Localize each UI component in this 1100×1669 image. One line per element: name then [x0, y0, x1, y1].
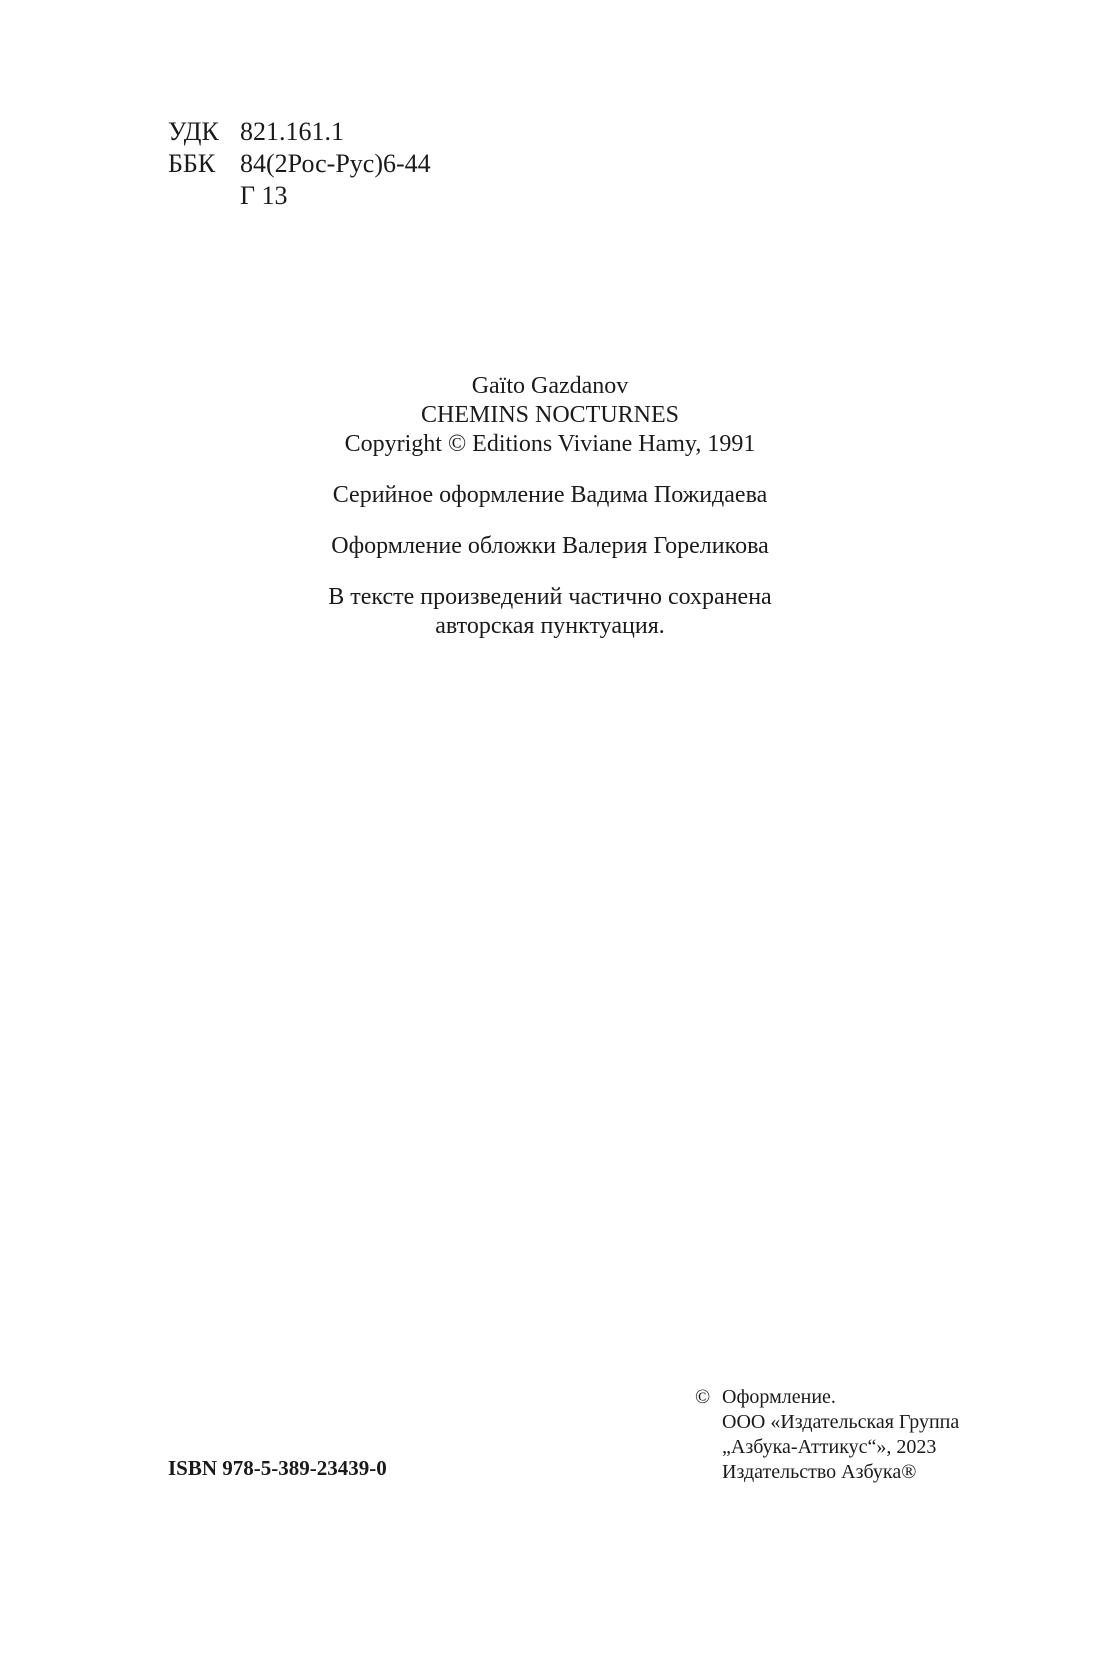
author-mark-row: Г 13 — [168, 180, 431, 212]
credits-block: Gaïto Gazdanov CHEMINS NOCTURNES Copyrig… — [0, 372, 1100, 663]
publisher-line-2: ООО «Издательская Группа — [722, 1410, 959, 1435]
udk-row: УДК 821.161.1 — [168, 116, 431, 148]
udk-label: УДК — [168, 116, 240, 148]
bbk-row: ББК 84(2Рос-Рус)6-44 — [168, 148, 431, 180]
series-design-text: Серийное оформление Вадима Пожидаева — [0, 481, 1100, 510]
publisher-line-1: Оформление. — [722, 1385, 959, 1410]
publisher-line-4: Издательство Азбука® — [722, 1460, 959, 1485]
isbn: ISBN 978-5-389-23439-0 — [168, 1455, 387, 1481]
bbk-label: ББК — [168, 148, 240, 180]
original-edition: Gaïto Gazdanov CHEMINS NOCTURNES Copyrig… — [0, 372, 1100, 459]
cover-design-credit: Оформление обложки Валерия Гореликова — [0, 532, 1100, 561]
original-title: CHEMINS NOCTURNES — [0, 401, 1100, 430]
udk-value: 821.161.1 — [240, 116, 344, 148]
cover-design-text: Оформление обложки Валерия Гореликова — [0, 532, 1100, 561]
copyright-icon: © — [695, 1385, 722, 1485]
series-design-credit: Серийное оформление Вадима Пожидаева — [0, 481, 1100, 510]
original-author: Gaïto Gazdanov — [0, 372, 1100, 401]
punctuation-note-line-1: В тексте произведений частично сохранена — [0, 583, 1100, 612]
publisher-line-3: „Азбука-Аттикус“», 2023 — [722, 1435, 959, 1460]
author-mark: Г 13 — [240, 180, 288, 212]
classification-block: УДК 821.161.1 ББК 84(2Рос-Рус)6-44 Г 13 — [168, 116, 431, 212]
copyright-page: УДК 821.161.1 ББК 84(2Рос-Рус)6-44 Г 13 … — [0, 0, 1100, 1669]
publisher-copyright: © Оформление. ООО «Издательская Группа „… — [695, 1385, 959, 1485]
bbk-value: 84(2Рос-Рус)6-44 — [240, 148, 431, 180]
punctuation-note: В тексте произведений частично сохранена… — [0, 583, 1100, 641]
punctuation-note-line-2: авторская пунктуация. — [0, 612, 1100, 641]
publisher-lines: Оформление. ООО «Издательская Группа „Аз… — [722, 1385, 959, 1485]
original-copyright: Copyright © Editions Viviane Hamy, 1991 — [0, 430, 1100, 459]
